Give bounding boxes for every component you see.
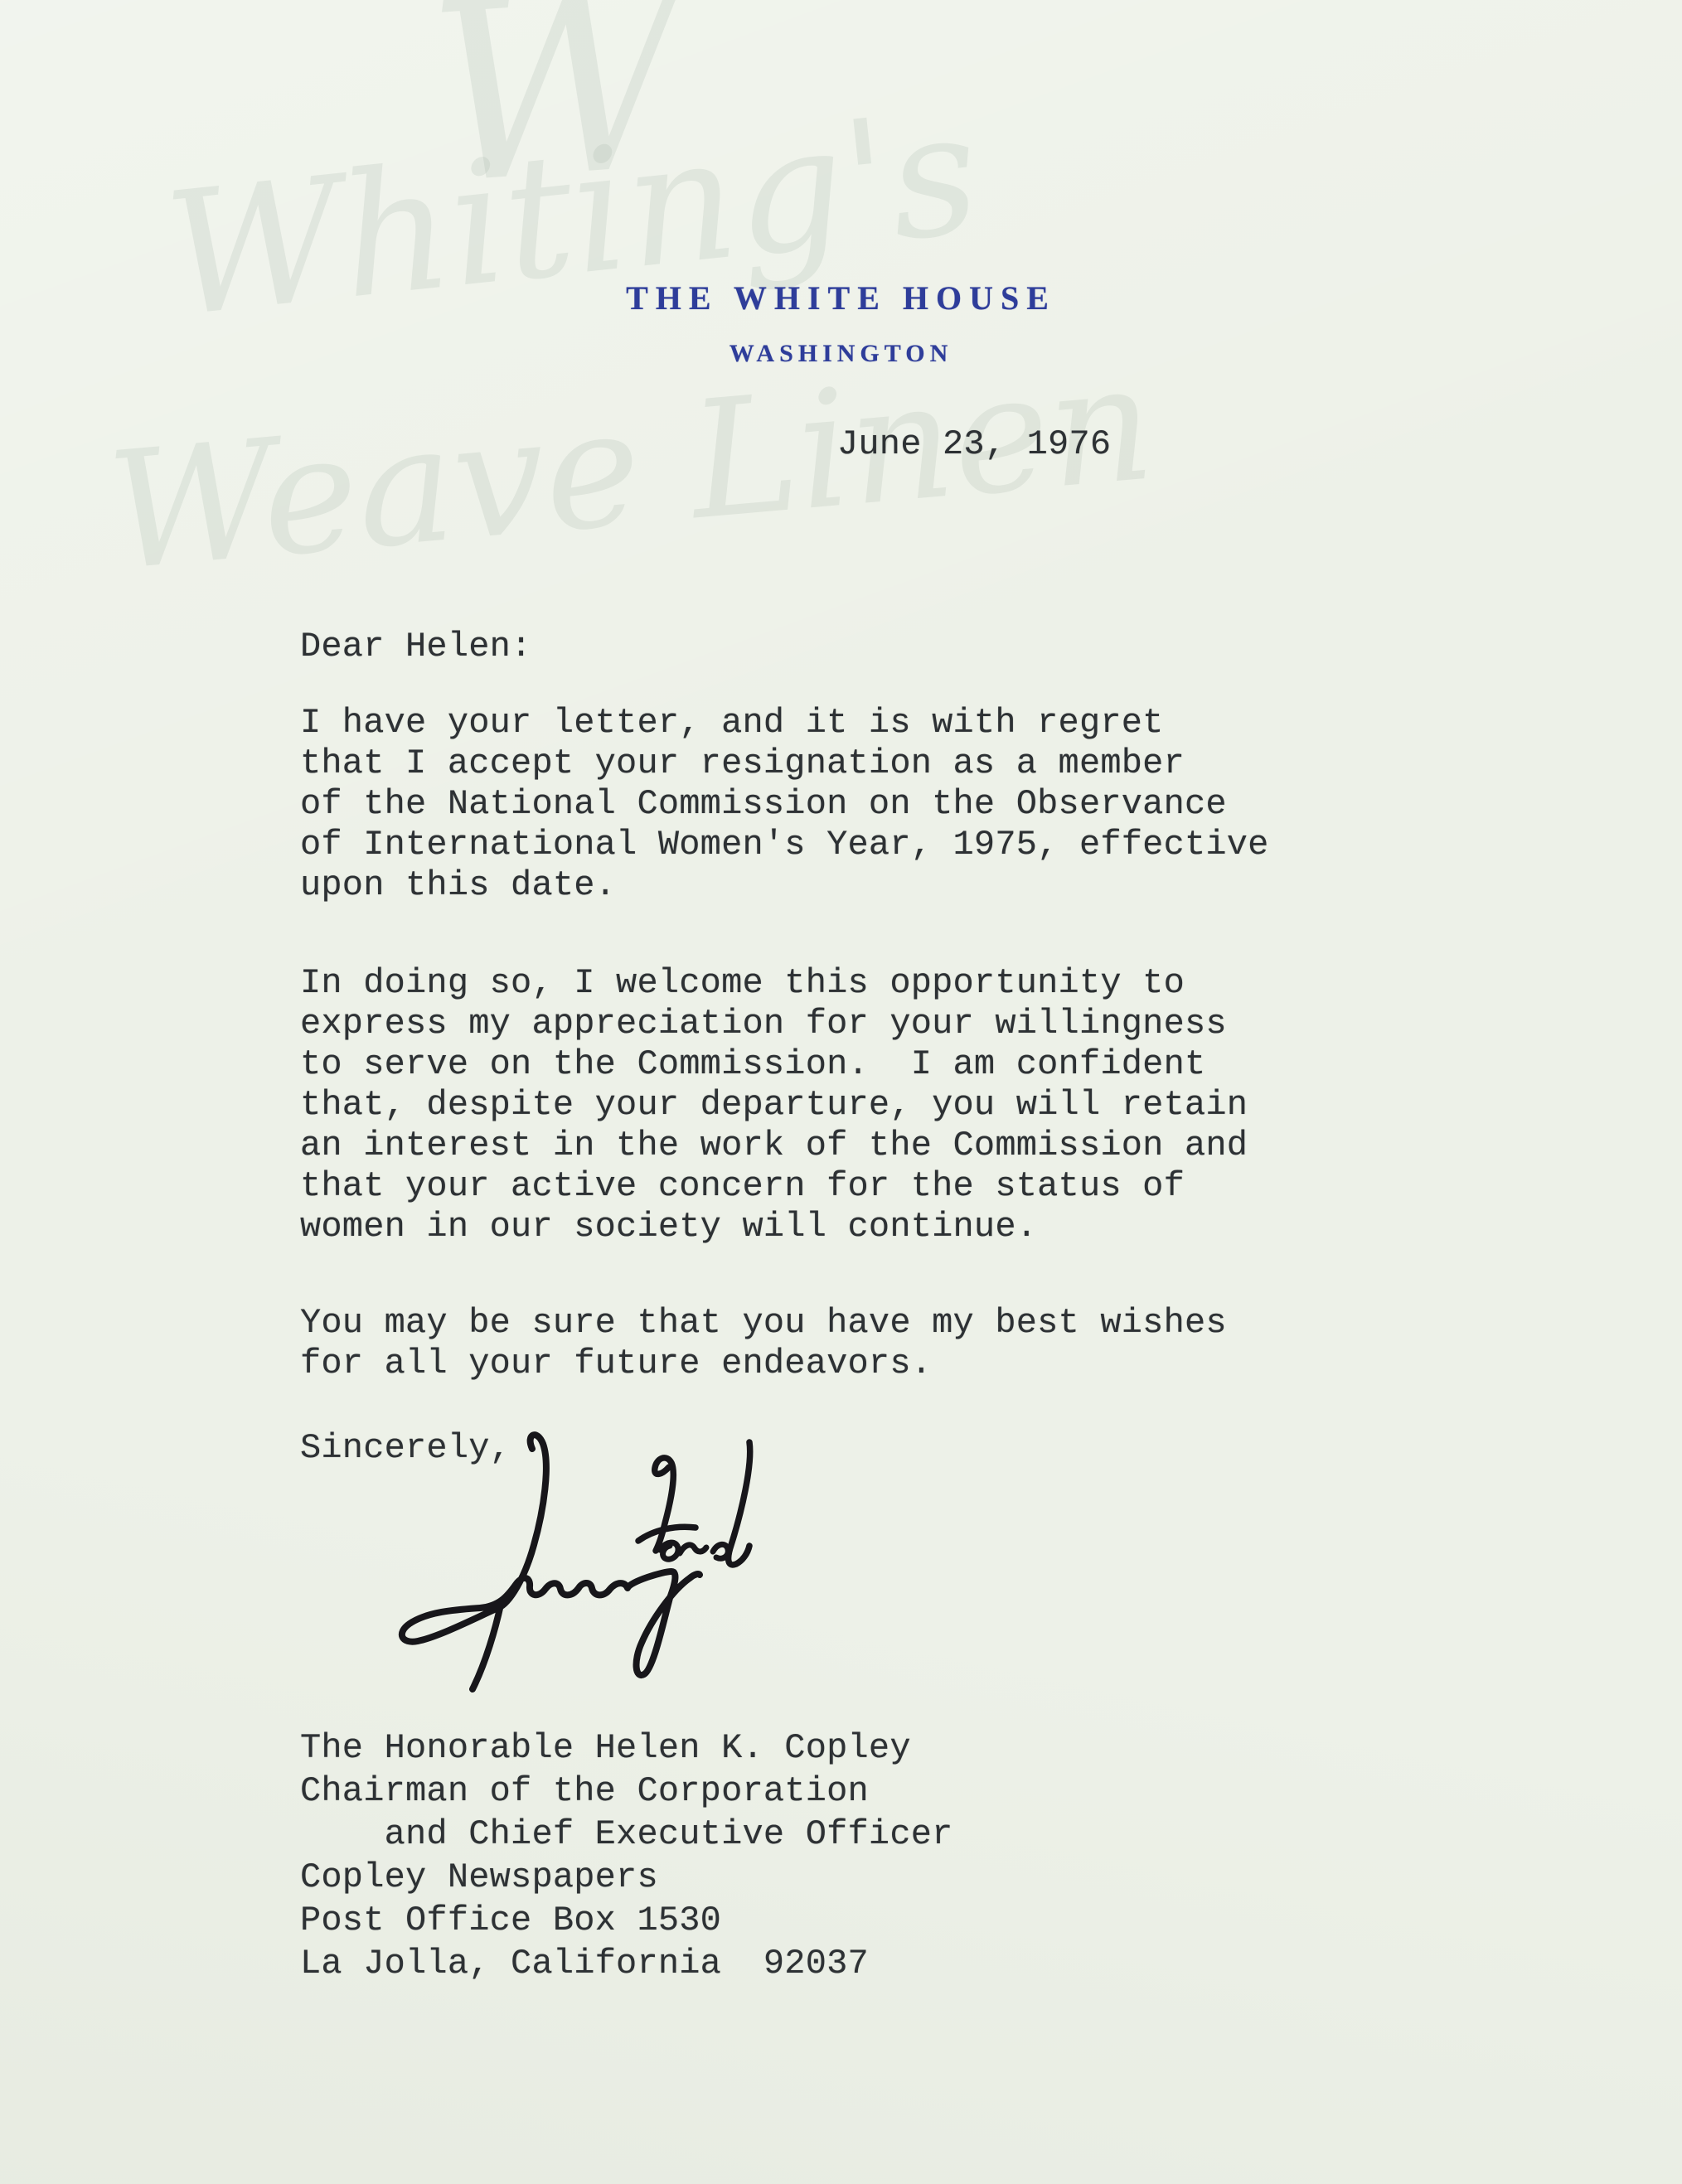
body-paragraph-2: In doing so, I welcome this opportunity … [300,963,1248,1247]
salutation: Dear Helen: [300,627,531,667]
watermark-monogram: W [421,0,696,240]
recipient-address-block: The Honorable Helen K. Copley Chairman o… [300,1726,953,1985]
letterhead-subtitle: WASHINGTON [0,340,1682,368]
letterhead-title: THE WHITE HOUSE [0,278,1682,317]
signature-jerry-ford-ink [375,1419,773,1705]
letter-page: W Whiting's Weave Linen THE WHITE HOUSE … [0,0,1682,2184]
body-paragraph-3: You may be sure that you have my best wi… [300,1303,1227,1384]
body-paragraph-1: I have your letter, and it is with regre… [300,703,1269,906]
date-line: June 23, 1976 [837,424,1111,465]
watermark-script-line-2: Weave Linen [102,327,1161,606]
